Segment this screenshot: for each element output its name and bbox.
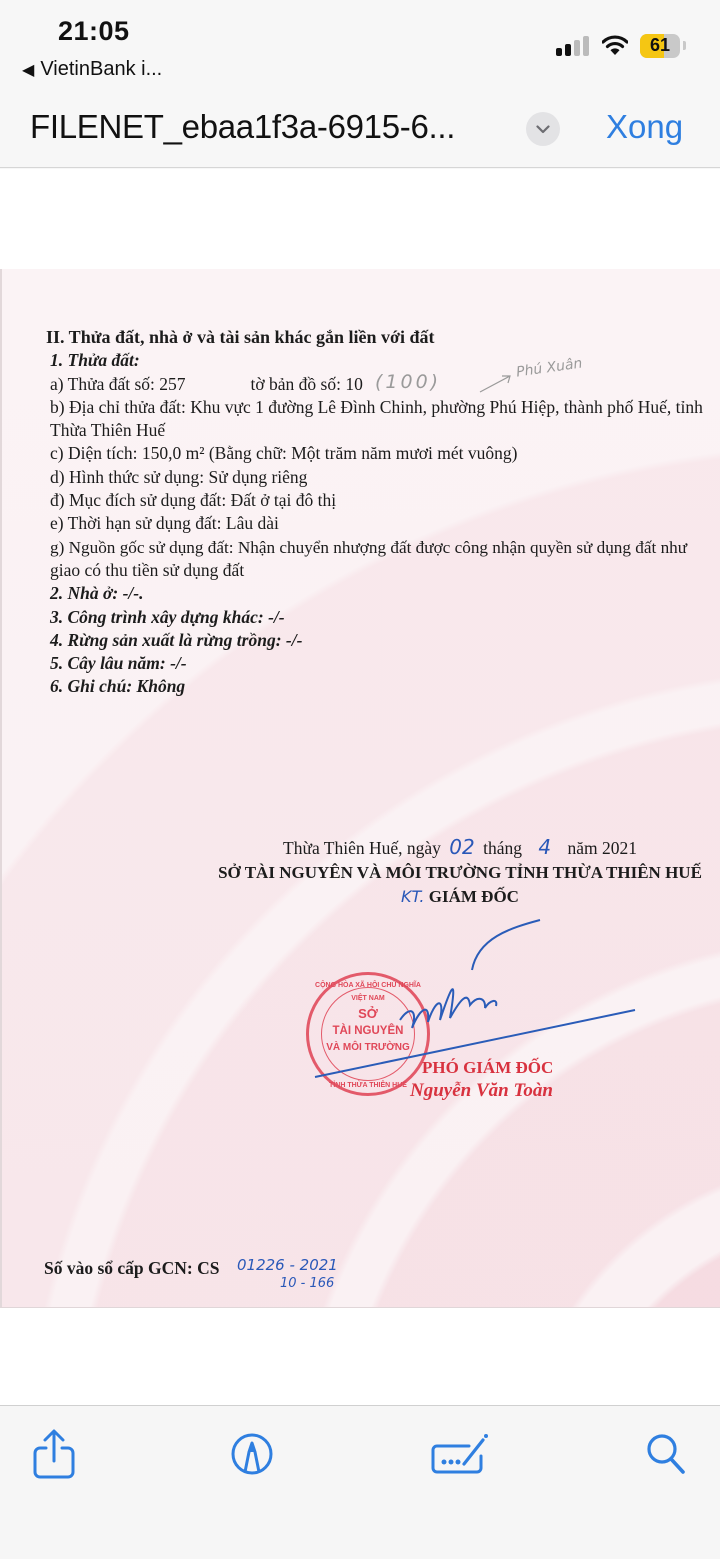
done-button[interactable]: Xong (606, 108, 683, 146)
battery-icon: 61 (640, 34, 680, 58)
other-item: 4. Rừng sản xuất là rừng trồng: -/- (46, 629, 716, 652)
origin-line-1: g) Nguồn gốc sử dụng đất: Nhận chuyển nh… (46, 536, 716, 559)
address-line-2: Thừa Thiên Huế (46, 419, 716, 442)
date-day: 02 (449, 835, 474, 859)
date-prefix: Thừa Thiên Huế, ngày (283, 838, 441, 858)
navigation-bar: FILENET_ebaa1f3a-6915-6... Xong (0, 88, 720, 168)
back-app-label: VietinBank i... (40, 58, 162, 80)
section-title: II. Thửa đất, nhà ở và tài sản khác gắn … (46, 326, 716, 349)
role-label: GIÁM ĐỐC (429, 887, 519, 906)
parcel-number: a) Thửa đất số: 257 (50, 374, 186, 394)
usage-purpose-line: đ) Mục đích sử dụng đất: Đất ở tại đô th… (46, 489, 716, 512)
other-item: 2. Nhà ở: -/-. (46, 582, 716, 605)
signature-icon (429, 1432, 491, 1476)
markup-button[interactable] (226, 1428, 278, 1480)
share-icon (32, 1428, 76, 1480)
pencil-note-map-sheet: (100) (375, 371, 441, 393)
certificate-register-label: Số vào sổ cấp GCN: CS (44, 1258, 220, 1279)
origin-line-2: giao có thu tiền sử dụng đất (46, 559, 716, 582)
certificate-register-number: 01226 - 2021 (237, 1256, 338, 1274)
markup-pen-icon (229, 1431, 275, 1477)
back-to-app-link[interactable]: ◀VietinBank i... (22, 58, 162, 81)
search-icon (645, 1432, 687, 1476)
title-menu-button[interactable] (526, 112, 560, 146)
issue-date: Thừa Thiên Huế, ngày 02 tháng 4 năm 2021 (200, 835, 720, 859)
back-triangle-icon: ◀ (22, 62, 34, 79)
signature-block: Thừa Thiên Huế, ngày 02 tháng 4 năm 2021… (200, 835, 720, 907)
signer-name: Nguyễn Văn Toàn (410, 1080, 553, 1102)
address-line-1: b) Địa chỉ thửa đất: Khu vực 1 đường Lê … (46, 396, 716, 419)
issuing-authority: SỞ TÀI NGUYÊN VÀ MÔI TRƯỜNG TỈNH THỪA TH… (200, 863, 720, 883)
bottom-toolbar (0, 1405, 720, 1559)
role-prefix: KT. (401, 887, 424, 906)
viewer-background (0, 1308, 720, 1405)
pencil-arrow-icon (478, 372, 514, 394)
share-button[interactable] (28, 1428, 80, 1480)
document-title[interactable]: FILENET_ebaa1f3a-6915-6... (30, 108, 455, 146)
search-button[interactable] (640, 1428, 692, 1480)
usage-term-line: e) Thời hạn sử dụng đất: Lâu dài (46, 512, 716, 535)
date-year: năm 2021 (567, 838, 637, 858)
chevron-down-icon (536, 125, 550, 134)
wifi-icon (602, 34, 628, 56)
area-line: c) Diện tích: 150,0 m² (Bằng chữ: Một tr… (46, 442, 716, 465)
other-item: 5. Cây lâu năm: -/- (46, 652, 716, 675)
other-items-list: 2. Nhà ở: -/-. 3. Công trình xây dựng kh… (46, 582, 716, 698)
status-time: 21:05 (58, 16, 130, 47)
usage-form-line: d) Hình thức sử dụng: Sử dụng riêng (46, 466, 716, 489)
signer-title: PHÓ GIÁM ĐỐC (422, 1058, 553, 1078)
land-heading: 1. Thửa đất: (46, 349, 716, 372)
status-bar: 21:05 ◀VietinBank i... 61 (0, 0, 720, 88)
other-item: 3. Công trình xây dựng khác: -/- (46, 606, 716, 629)
date-month-label: tháng (483, 838, 522, 858)
date-month: 4 (538, 835, 551, 859)
cellular-signal-icon (556, 36, 590, 56)
signature-button[interactable] (428, 1428, 492, 1480)
certificate-register-sub: 10 - 166 (280, 1276, 334, 1291)
battery-label: 61 (640, 35, 680, 56)
map-sheet-number: tờ bản đồ số: 10 (251, 374, 363, 394)
other-item: 6. Ghi chú: Không (46, 675, 716, 698)
signer-role: KT. GIÁM ĐỐC (200, 887, 720, 907)
battery-tip (683, 41, 686, 50)
